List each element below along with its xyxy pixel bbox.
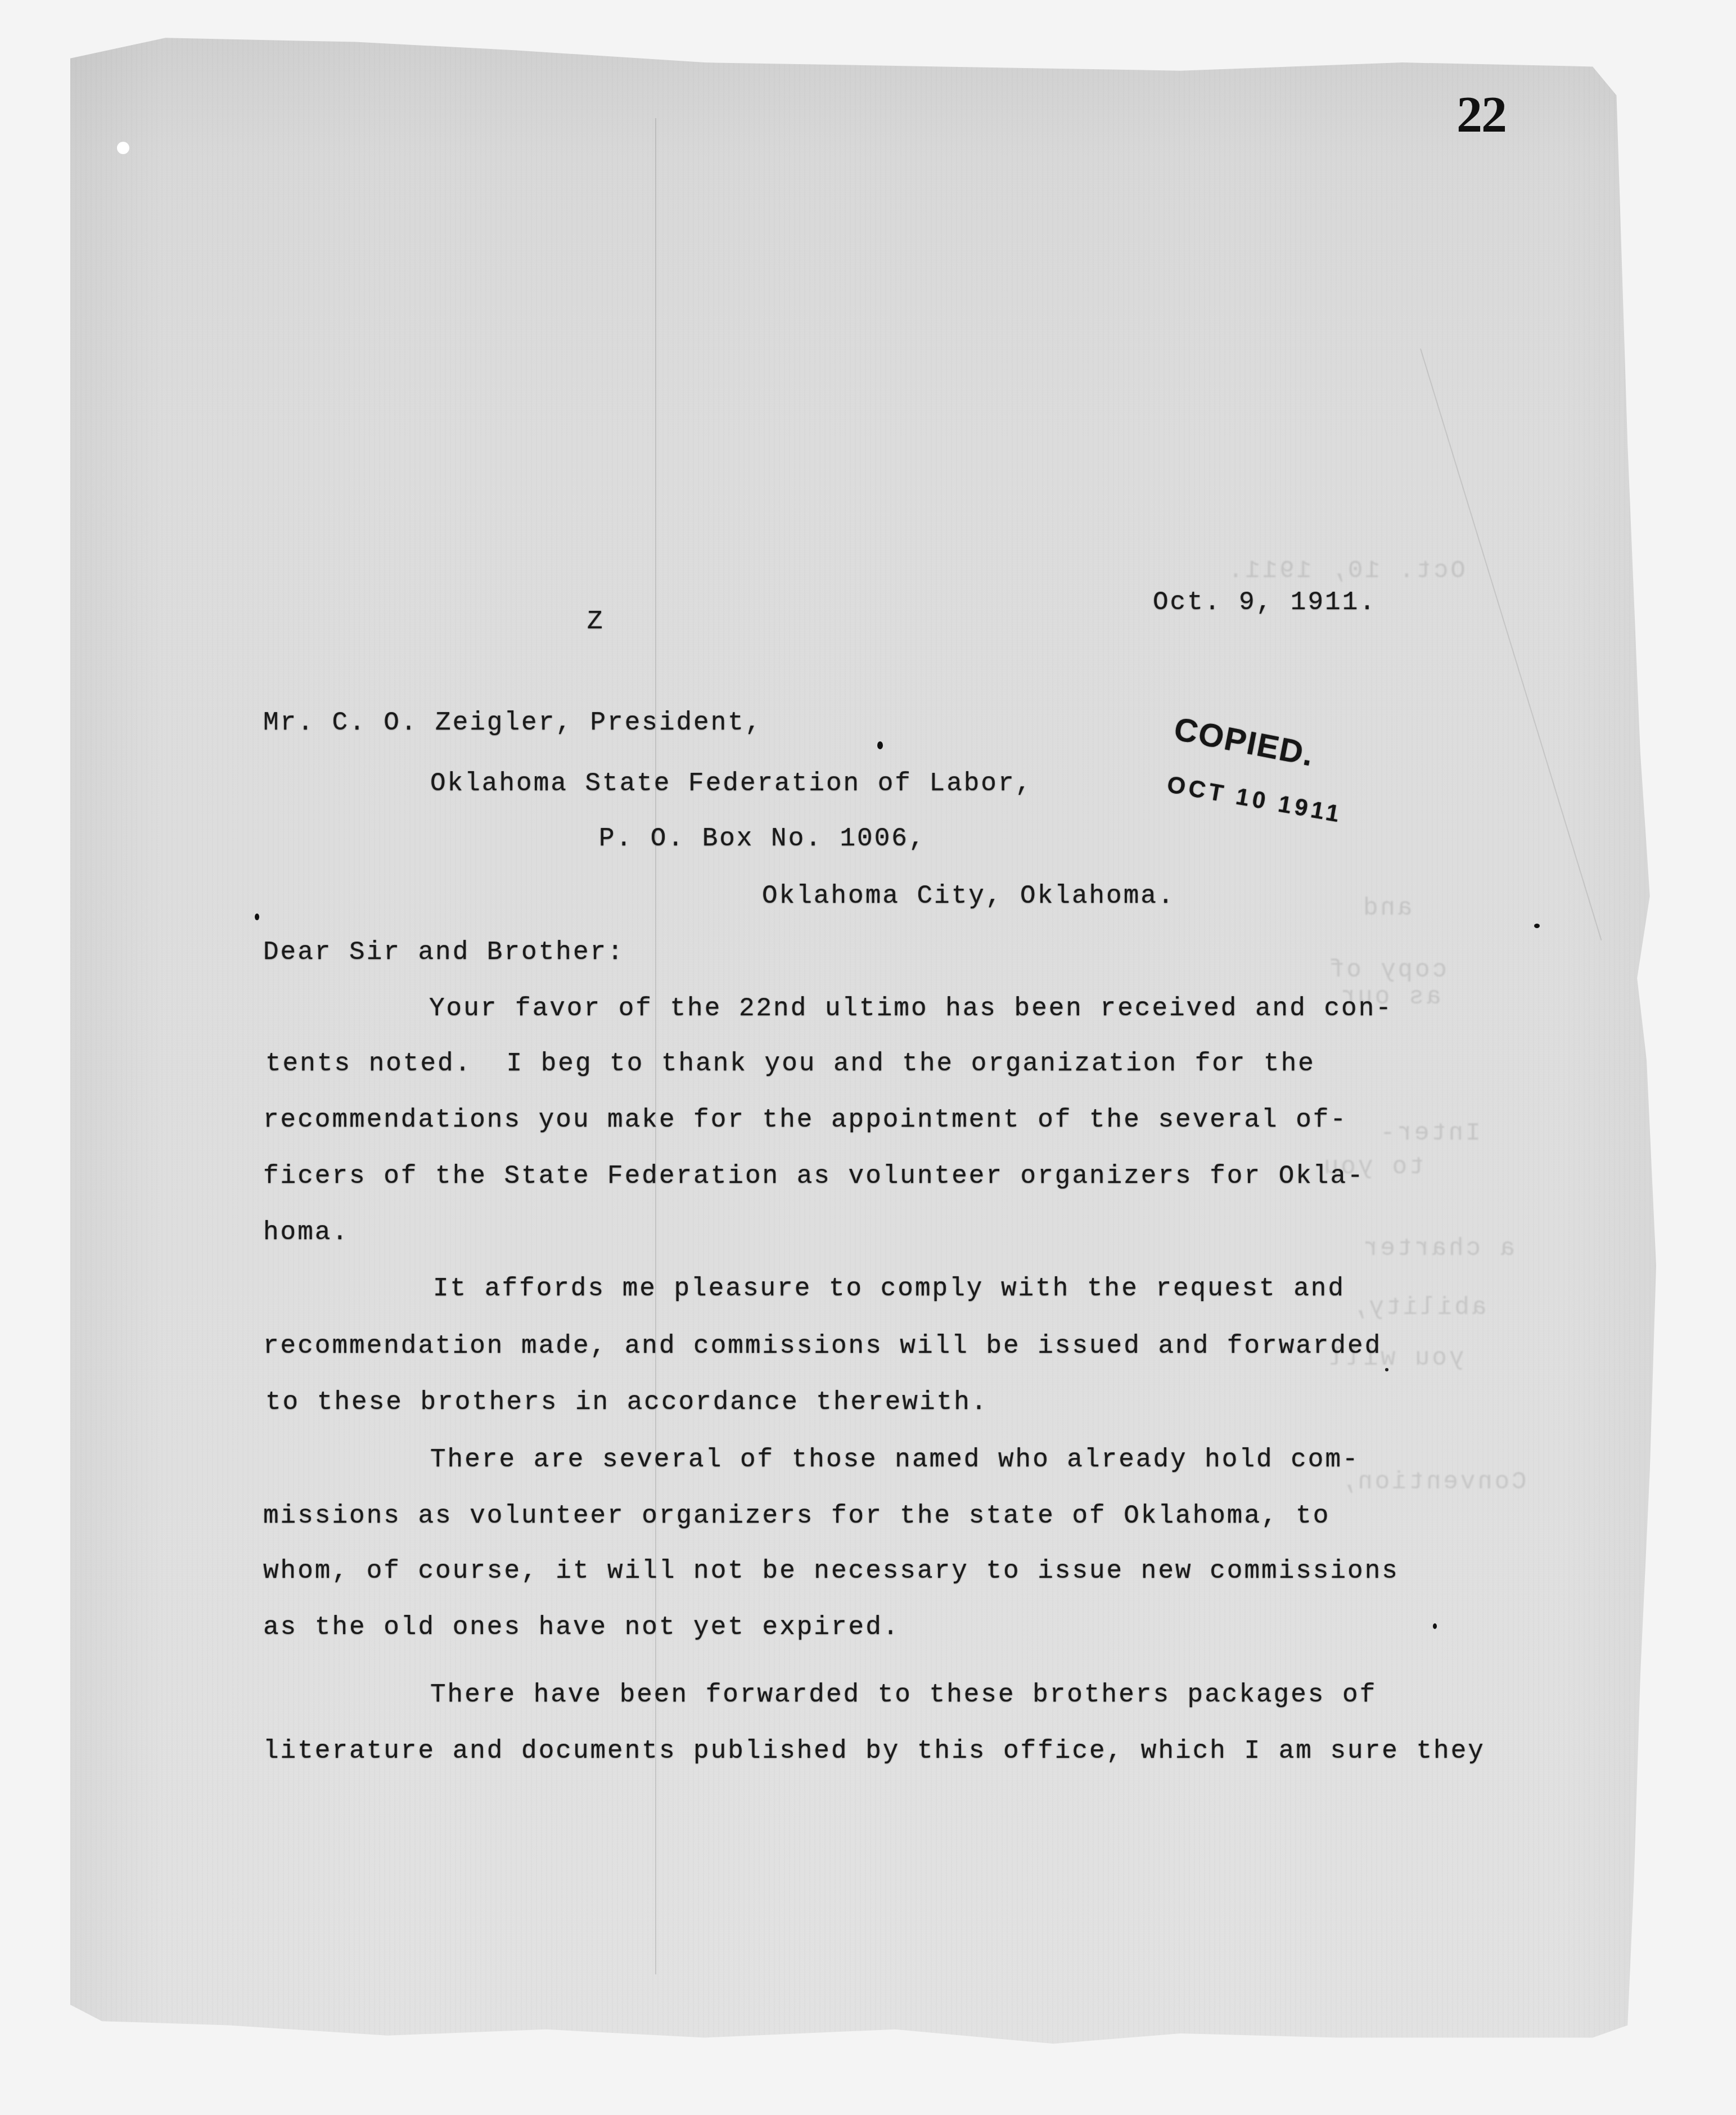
- body-line: as the old ones have not yet expired.: [263, 1614, 900, 1640]
- bleed-through-fragment: copy of: [1327, 956, 1447, 984]
- bleed-through-fragment: Convention,: [1338, 1468, 1526, 1496]
- page-number: 22: [1457, 84, 1506, 144]
- body-line: It affords me pleasure to comply with th…: [433, 1276, 1345, 1302]
- body-line: ficers of the State Federation as volunt…: [263, 1163, 1365, 1189]
- bleed-through-fragment: ability,: [1350, 1294, 1486, 1322]
- bleed-through-date: Oct. 10, 1911.: [1226, 557, 1466, 585]
- ink-speck: [1433, 1623, 1437, 1629]
- body-line: to these brothers in accordance therewit…: [265, 1389, 988, 1415]
- body-line: literature and documents published by th…: [263, 1738, 1485, 1764]
- paper-crease: [1420, 348, 1602, 940]
- addressee-city: Oklahoma City, Oklahoma.: [762, 883, 1175, 909]
- ink-speck: [1534, 924, 1540, 928]
- body-line: missions as volunteer organizers for the…: [263, 1503, 1330, 1529]
- ink-speck: [255, 913, 259, 920]
- ink-speck: [877, 741, 883, 749]
- bleed-through-fragment: Inter-: [1378, 1119, 1480, 1147]
- body-line: whom, of course, it will not be necessar…: [263, 1558, 1399, 1584]
- body-line: homa.: [263, 1219, 349, 1245]
- body-line: There have been forwarded to these broth…: [430, 1682, 1377, 1708]
- addressee-po-box: P. O. Box No. 1006,: [599, 826, 926, 852]
- body-line: Your favor of the 22nd ultimo has been r…: [429, 996, 1393, 1021]
- date-line: Oct. 9, 1911.: [1153, 589, 1377, 615]
- body-line: tents noted. I beg to thank you and the …: [265, 1051, 1315, 1077]
- salutation: Dear Sir and Brother:: [263, 939, 625, 965]
- ink-speck: [1385, 1368, 1388, 1371]
- white-speck: [117, 142, 129, 154]
- file-mark: Z: [587, 609, 605, 634]
- addressee-name: Mr. C. O. Zeigler, President,: [263, 710, 763, 736]
- body-line: There are several of those named who alr…: [430, 1447, 1360, 1473]
- addressee-organization: Oklahoma State Federation of Labor,: [430, 771, 1032, 796]
- body-line: recommendations you make for the appoint…: [263, 1107, 1347, 1133]
- bleed-through-fragment: and: [1361, 894, 1412, 922]
- body-line: recommendation made, and commissions wil…: [263, 1333, 1382, 1359]
- bleed-through-fragment: a charter: [1361, 1235, 1515, 1263]
